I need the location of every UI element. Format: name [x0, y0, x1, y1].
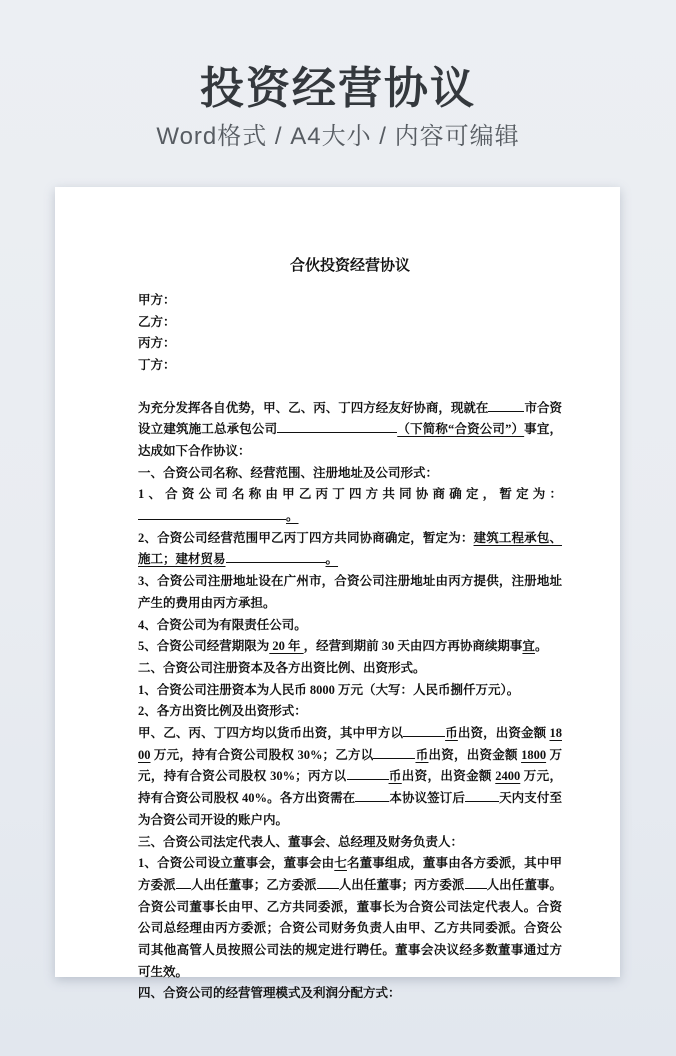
paragraph: 4、合资公司为有限责任公司。 — [138, 615, 562, 637]
text-run: 20 年 — [269, 639, 303, 653]
document-body: 为充分发挥各自优势，甲、乙、丙、丁四方经友好协商，现就在市合资设立建筑施工总承包… — [138, 398, 562, 1006]
text-run: 为充分发挥各自优势，甲、乙、丙、丁四方经友好协商，现就在 — [138, 401, 488, 415]
paragraph: 1、合资公司名称由甲乙丙丁四方共同协商确定，暂定为：。 — [138, 484, 562, 527]
text-run: 人出任董事；丙方委派 — [339, 878, 465, 892]
text-run: 宜 — [522, 639, 535, 653]
blank-field — [226, 549, 326, 563]
party-line: 丁方： — [138, 355, 562, 377]
text-run: 币 — [415, 748, 428, 762]
text-run: 甲、乙、丙、丁四方均以货币出资，其中甲方以 — [138, 726, 403, 740]
text-run: 5、合资公司经营期限为 — [138, 639, 269, 653]
paragraph: 2、各方出资比例及出资形式： — [138, 701, 562, 723]
party-list: 甲方：乙方：丙方：丁方： — [138, 290, 562, 376]
text-run: 1、合资公司注册资本为人民币 8000 万元（大写：人民币捌仟万元）。 — [138, 683, 519, 697]
text-run: 出资，出资金额 — [458, 726, 550, 740]
text-run: 一、合资公司名称、经营范围、注册地址及公司形式： — [138, 466, 438, 480]
party-line: 丙方： — [138, 333, 562, 355]
paragraph: 三、合资公司法定代表人、董事会、总经理及财务负责人： — [138, 832, 562, 854]
paragraph: 四、合资公司的经营管理模式及利润分配方式： — [138, 983, 562, 1005]
text-run: 三、合资公司法定代表人、董事会、总经理及财务负责人： — [138, 835, 463, 849]
text-run: 。 — [286, 509, 299, 523]
blank-field — [355, 788, 389, 802]
text-run: ，经营到期前 30 天由四方再协商续期事 — [304, 639, 523, 653]
text-run: 3、合资公司注册地址设在广州市，合资公司注册地址由丙方提供，注册地址产生的费用由… — [138, 574, 562, 610]
text-run: 二、合资公司注册资本及各方出资比例、出资形式。 — [138, 661, 426, 675]
banner-title: 投资经营协议 — [0, 64, 676, 114]
banner-subtitle: Word格式 / A4大小 / 内容可编辑 — [0, 123, 676, 151]
text-run: 人出任董事。合资公司董事长由甲、乙方共同委派，董事长为合资公司法定代表人。合资公… — [138, 878, 562, 979]
text-run: 2400 — [495, 769, 520, 783]
text-run: 人出任董事；乙方委派 — [191, 878, 317, 892]
blank-field — [465, 788, 499, 802]
blank-field — [138, 506, 286, 520]
banner: 投资经营协议 Word格式 / A4大小 / 内容可编辑 — [0, 0, 676, 151]
text-run: 2、各方出资比例及出资形式： — [138, 704, 307, 718]
text-run: 币 — [389, 769, 402, 783]
paragraph: 一、合资公司名称、经营范围、注册地址及公司形式： — [138, 463, 562, 485]
text-run: 七 — [334, 856, 347, 870]
page-background: { "header": { "title": "投资经营协议", "subtit… — [0, 0, 676, 1056]
text-run: （下简称“合资公司”） — [397, 422, 524, 436]
paragraph: 为充分发挥各自优势，甲、乙、丙、丁四方经友好协商，现就在市合资设立建筑施工总承包… — [138, 398, 562, 463]
paragraph: 5、合资公司经营期限为 20 年 ，经营到期前 30 天由四方再协商续期事宜。 — [138, 636, 562, 658]
text-run: 1800 — [521, 748, 546, 762]
text-run: 出资，出资金额 — [402, 769, 496, 783]
text-run: 本协议签订后 — [389, 791, 465, 805]
blank-field — [488, 398, 524, 412]
text-run: 。 — [326, 552, 339, 566]
paragraph: 甲、乙、丙、丁四方均以货币出资，其中甲方以币出资，出资金额 1800 万元，持有… — [138, 723, 562, 832]
paragraph: 3、合资公司注册地址设在广州市，合资公司注册地址由丙方提供，注册地址产生的费用由… — [138, 571, 562, 614]
paragraph: 2、合资公司经营范围甲乙丙丁四方共同协商确定，暂定为：建筑工程承包、施工；建材贸… — [138, 528, 562, 571]
text-run: 。 — [535, 639, 548, 653]
text-run: 1、合资公司名称由甲乙丙丁四方共同协商确定，暂定为： — [138, 487, 562, 501]
party-line: 乙方： — [138, 312, 562, 334]
blank-field — [465, 875, 487, 889]
text-run: 币 — [445, 726, 458, 740]
blank-field — [403, 723, 445, 737]
text-run: 四、合资公司的经营管理模式及利润分配方式： — [138, 986, 401, 1000]
blank-field — [373, 745, 415, 759]
blank-field — [176, 875, 191, 889]
text-run: 1、合资公司设立董事会，董事会由 — [138, 856, 334, 870]
text-run: 出资，出资金额 — [428, 748, 521, 762]
paragraph: 1、合资公司设立董事会，董事会由七名董事组成，董事由各方委派，其中甲方委派人出任… — [138, 853, 562, 983]
blank-field — [277, 419, 397, 433]
text-run: 4、合资公司为有限责任公司。 — [138, 618, 307, 632]
party-line: 甲方： — [138, 290, 562, 312]
document-title: 合伙投资经营协议 — [138, 256, 562, 276]
blank-field — [317, 875, 339, 889]
paragraph: 1、合资公司注册资本为人民币 8000 万元（大写：人民币捌仟万元）。 — [138, 680, 562, 702]
text-run: 2、合资公司经营范围甲乙丙丁四方共同协商确定，暂定为： — [138, 531, 474, 545]
text-run: 万元，持有合资公司股权 30%；乙方以 — [151, 748, 374, 762]
blank-field — [347, 766, 389, 780]
document-page: 合伙投资经营协议 甲方：乙方：丙方：丁方： 为充分发挥各自优势，甲、乙、丙、丁四… — [55, 187, 620, 977]
paragraph: 二、合资公司注册资本及各方出资比例、出资形式。 — [138, 658, 562, 680]
